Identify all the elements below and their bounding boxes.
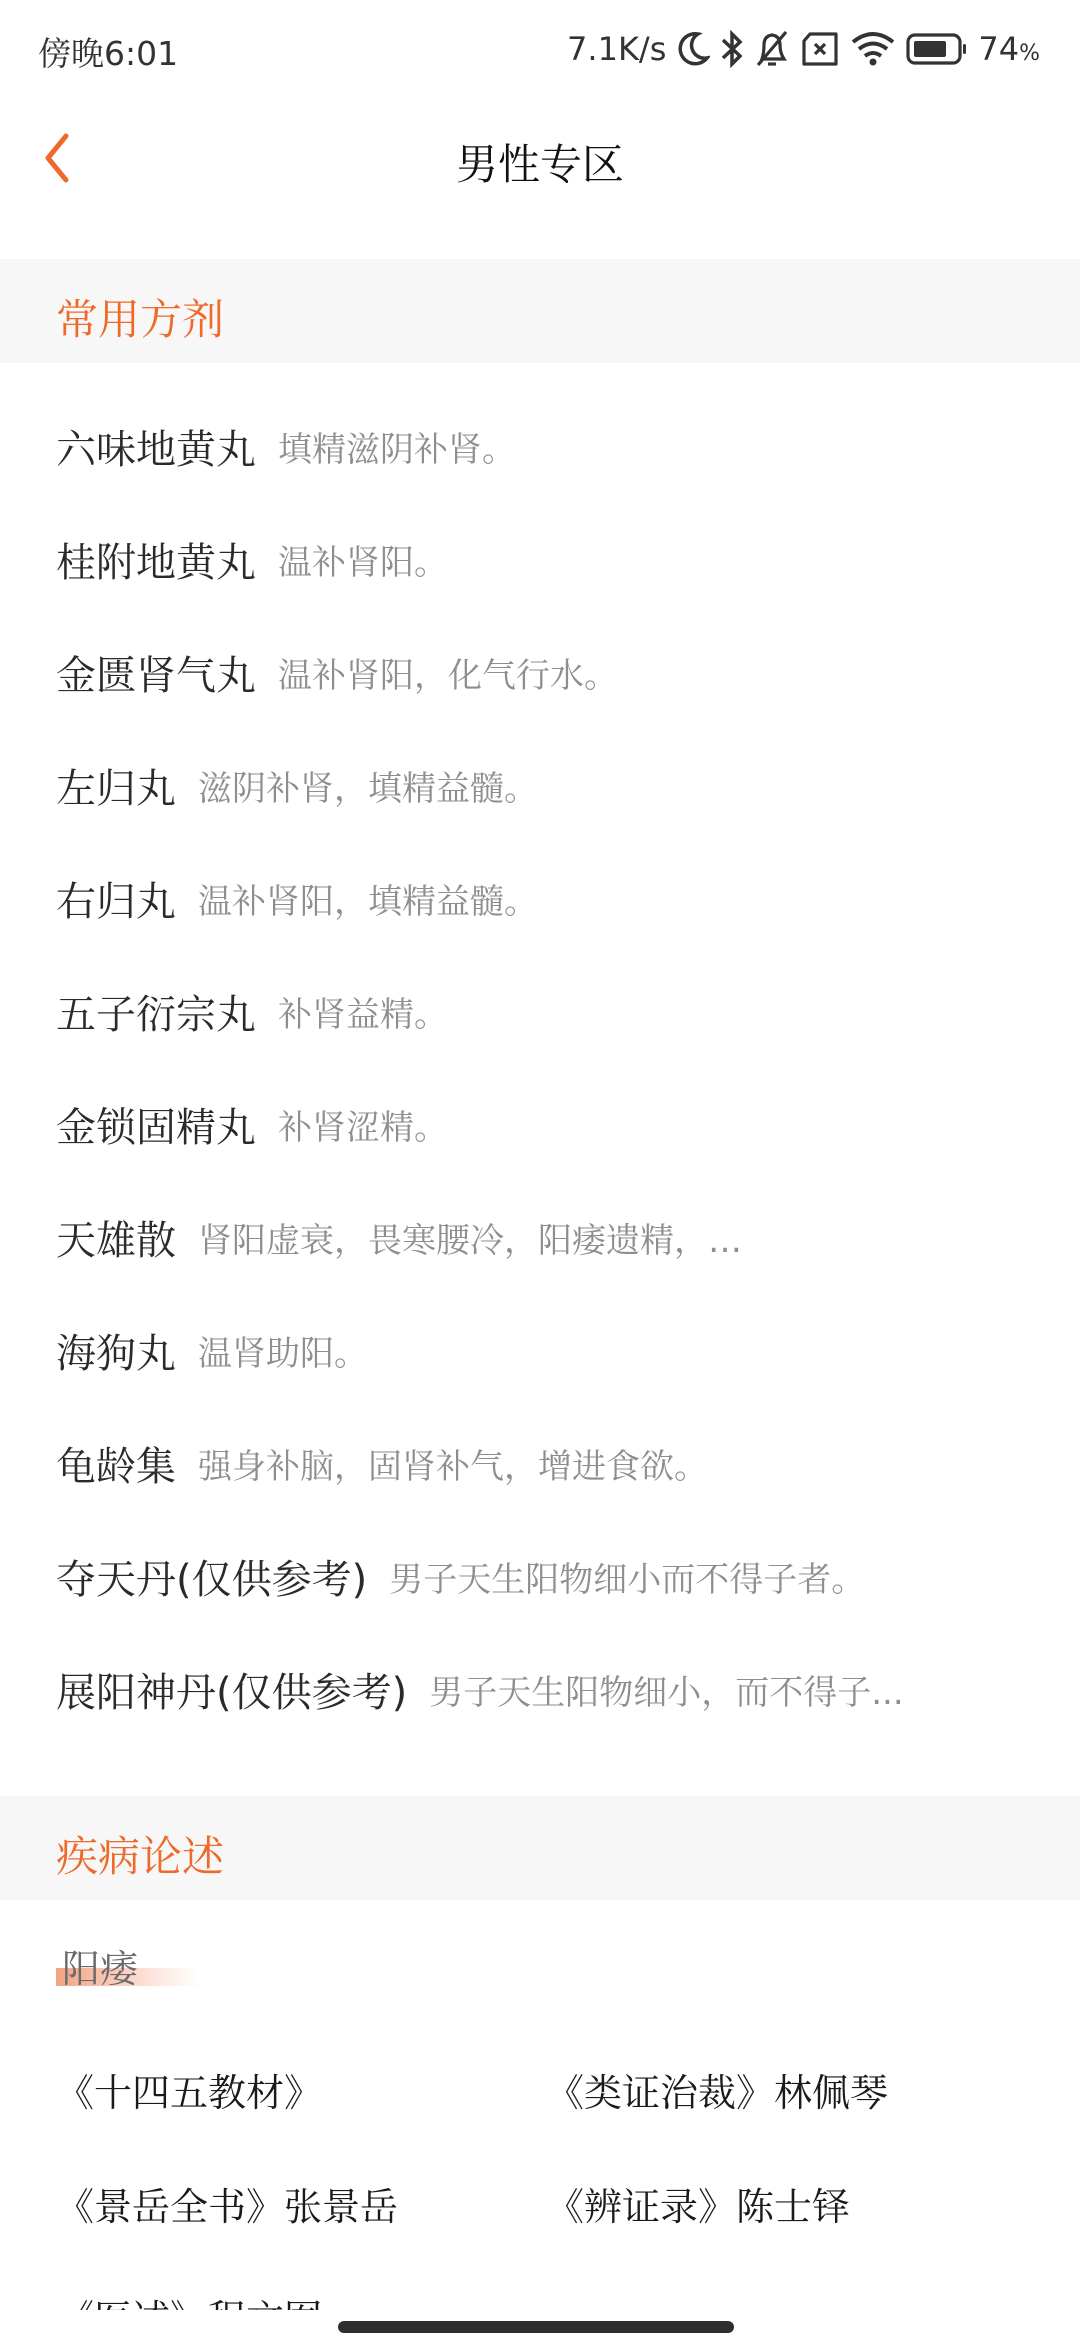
- formula-name: 天雄散: [56, 1209, 176, 1266]
- battery-unit: %: [1019, 41, 1040, 66]
- section-title: 常用方剂: [56, 287, 224, 347]
- formula-name: 海狗丸: [56, 1322, 176, 1379]
- formula-item[interactable]: 龟龄集强身补脑，固肾补气，增进食欲。: [0, 1407, 1080, 1520]
- formula-desc: 温肾助阳。: [198, 1326, 368, 1375]
- formula-name: 夺天丹(仅供参考): [56, 1548, 367, 1605]
- section-title: 疾病论述: [56, 1824, 224, 1884]
- formula-desc: 填精滋阴补肾。: [278, 422, 516, 471]
- formula-desc: 滋阴补肾，填精益髓。: [198, 761, 538, 810]
- home-indicator[interactable]: [338, 2321, 734, 2333]
- section-header-formulas: 常用方剂: [0, 259, 1080, 363]
- disease-tag-label: 阳痿: [62, 1947, 138, 1991]
- formula-item[interactable]: 金锁固精丸补肾涩精。: [0, 1068, 1080, 1181]
- formula-desc: 补肾涩精。: [278, 1100, 448, 1149]
- book-link[interactable]: 《类证治裁》林佩琴: [546, 2062, 888, 2117]
- bell-muted-icon: [754, 29, 790, 69]
- formula-desc: 强身补脑，固肾补气，增进食欲。: [198, 1439, 708, 1488]
- formula-item[interactable]: 夺天丹(仅供参考)男子天生阳物细小而不得子者。: [0, 1520, 1080, 1633]
- wifi-icon: [850, 30, 896, 68]
- battery-percent: 74%: [978, 30, 1040, 68]
- section-header-diseases: 疾病论述: [0, 1796, 1080, 1900]
- battery-value: 74: [978, 30, 1019, 68]
- disease-tag[interactable]: 阳痿: [56, 1938, 132, 1998]
- book-link[interactable]: 《景岳全书》张景岳: [56, 2176, 398, 2231]
- status-icons: 7.1K/s 74%: [567, 24, 1040, 74]
- formula-desc: 温补肾阳，化气行水。: [278, 648, 618, 697]
- book-reference-grid: 《十四五教材》 《类证治裁》林佩琴 《景岳全书》张景岳 《辨证录》陈士铎 《医述…: [56, 2040, 1056, 2310]
- book-link[interactable]: 《医述》程文囿: [56, 2288, 322, 2310]
- status-time: 傍晚6:01: [38, 28, 178, 75]
- top-nav: 男性专区: [0, 100, 1080, 215]
- moon-icon: [676, 30, 710, 68]
- formula-name: 左归丸: [56, 757, 176, 814]
- formula-item[interactable]: 桂附地黄丸温补肾阳。: [0, 503, 1080, 616]
- formula-name: 右归丸: [56, 870, 176, 927]
- formula-desc: 温补肾阳，填精益髓。: [198, 874, 538, 923]
- formula-name: 六味地黄丸: [56, 418, 256, 475]
- formula-desc: 温补肾阳。: [278, 535, 448, 584]
- book-link[interactable]: 《辨证录》陈士铎: [546, 2176, 850, 2231]
- network-speed: 7.1K/s: [567, 30, 666, 68]
- status-bar: 傍晚6:01 7.1K/s 74%: [0, 0, 1080, 100]
- formula-desc: 补肾益精。: [278, 987, 448, 1036]
- formula-item[interactable]: 金匮肾气丸温补肾阳，化气行水。: [0, 616, 1080, 729]
- no-sim-icon: [800, 31, 840, 67]
- formula-item[interactable]: 右归丸温补肾阳，填精益髓。: [0, 842, 1080, 955]
- formula-item[interactable]: 展阳神丹(仅供参考)男子天生阳物细小，而不得子...: [0, 1633, 1080, 1746]
- formula-name: 金锁固精丸: [56, 1096, 256, 1153]
- formula-name: 金匮肾气丸: [56, 644, 256, 701]
- formula-desc: 肾阳虚衰，畏寒腰冷，阳痿遗精，小便频数...: [198, 1213, 758, 1262]
- page-title: 男性专区: [0, 132, 1080, 192]
- formula-item[interactable]: 六味地黄丸填精滋阴补肾。: [0, 390, 1080, 503]
- formula-item[interactable]: 天雄散肾阳虚衰，畏寒腰冷，阳痿遗精，小便频数...: [0, 1181, 1080, 1294]
- formula-item[interactable]: 五子衍宗丸补肾益精。: [0, 955, 1080, 1068]
- formula-item[interactable]: 左归丸滋阴补肾，填精益髓。: [0, 729, 1080, 842]
- formula-name: 龟龄集: [56, 1435, 176, 1492]
- formula-list: 六味地黄丸填精滋阴补肾。 桂附地黄丸温补肾阳。 金匮肾气丸温补肾阳，化气行水。 …: [0, 390, 1080, 1746]
- formula-name: 五子衍宗丸: [56, 983, 256, 1040]
- book-link[interactable]: 《十四五教材》: [56, 2062, 322, 2117]
- formula-desc: 男子天生阳物细小而不得子者。: [389, 1552, 865, 1601]
- formula-item[interactable]: 海狗丸温肾助阳。: [0, 1294, 1080, 1407]
- formula-desc: 男子天生阳物细小，而不得子...: [429, 1665, 903, 1714]
- formula-name: 展阳神丹(仅供参考): [56, 1661, 407, 1718]
- formula-name: 桂附地黄丸: [56, 531, 256, 588]
- bluetooth-icon: [720, 29, 744, 69]
- battery-icon: [906, 32, 968, 66]
